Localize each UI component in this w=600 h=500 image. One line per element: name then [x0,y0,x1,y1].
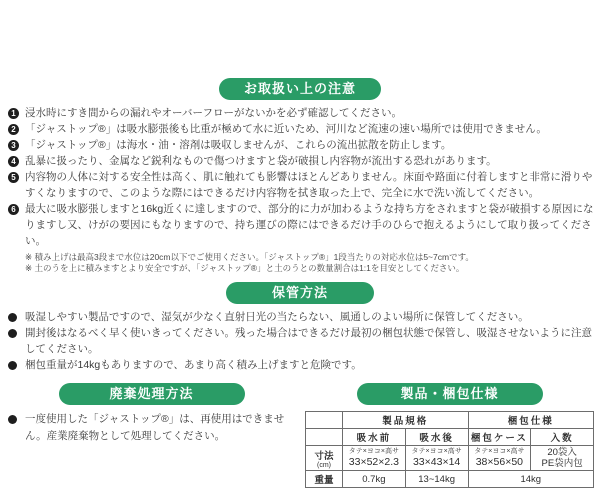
handling-item-text: 浸水時にすき間からの漏れやオーバーフローがないかを必ず確認してください。 [25,105,594,121]
list-item: 4 乱暴に扱ったり、金属など鋭利なもので傷つけますと袋が破損し内容物が流出する恐… [8,153,594,169]
col-header-case: 梱包ケース [468,429,531,446]
section-handling: お取扱い上の注意 1 浸水時にすき間からの漏れやオーバーフローがないかを必ず確認… [0,0,600,274]
list-item: 一度使用した「ジャストップ®」は、再使用はできません。産業廃棄物として処理してく… [8,411,295,445]
group-header-product: 製品規格 [343,412,469,429]
dim-after-value: 33×43×14 [406,456,468,468]
handling-item-text: 「ジャストップ®」は吸水膨張後も比重が極めて水に近いため、河川など流速の速い場所… [25,121,594,137]
handling-item-text: 最大に吸水膨張しますと16kg近くに達しますので、部分的に力が加わるような持ち方… [25,201,594,249]
numbered-bullet-icon: 5 [8,172,19,183]
spec-section-title: 製品・梱包仕様 [357,383,543,405]
handling-item-text: 「ジャストップ®」は海水・油・溶剤は吸収しませんが、これらの流出拡散を防止します… [25,137,594,153]
dim-unit: (cm) [306,462,342,469]
document-page: お取扱い上の注意 1 浸水時にすき間からの漏れやオーバーフローがないかを必ず確認… [0,0,600,500]
qty-line2: PE袋内包 [531,458,593,469]
numbered-bullet-icon: 1 [8,108,19,119]
numbered-bullet-icon: 4 [8,156,19,167]
disposal-section-title: 廃棄処理方法 [59,383,245,405]
list-item: 梱包重量が14kgもありますので、あまり高く積み上げますと危険です。 [8,357,600,373]
section-disposal: 廃棄処理方法 一度使用した「ジャストップ®」は、再使用はできません。産業廃棄物と… [0,383,305,488]
list-item: 5 内容物の人体に対する安全性は高く、肌に触れても影響はほとんどありません。床面… [8,169,594,201]
section-spec: 製品・梱包仕様 製品規格 梱包仕様 吸水前 吸水後 梱包ケース 入数 寸法 [305,383,600,488]
storage-list: 吸湿しやすい製品ですので、湿気が少なく直射日光の当たらない、風通しのよい場所に保… [0,309,600,373]
table-row: 製品規格 梱包仕様 [306,412,594,429]
list-item: 1 浸水時にすき間からの漏れやオーバーフローがないかを必ず確認してください。 [8,105,594,121]
group-header-packing: 梱包仕様 [468,412,594,429]
bullet-dot-icon [8,313,17,322]
list-item: 3 「ジャストップ®」は海水・油・溶剤は吸収しませんが、これらの流出拡散を防止し… [8,137,594,153]
storage-item-text: 吸湿しやすい製品ですので、湿気が少なく直射日光の当たらない、風通しのよい場所に保… [25,309,600,325]
numbered-bullet-icon: 3 [8,140,19,151]
dim-after-cell: タテ×ヨコ×高サ 33×43×14 [405,446,468,471]
qty-line1: 20袋入 [531,447,593,458]
list-item: 吸湿しやすい製品ですので、湿気が少なく直射日光の当たらない、風通しのよい場所に保… [8,309,600,325]
dim-case-cell: タテ×ヨコ×高サ 38×56×50 [468,446,531,471]
spec-corner-cell [306,429,343,446]
dim-case-value: 38×56×50 [469,456,531,468]
storage-item-text: 開封後はなるべく早く使いきってください。残った場合はできるだけ最初の梱包状態で保… [25,325,600,357]
storage-section-title: 保管方法 [226,282,374,304]
numbered-bullet-icon: 6 [8,204,19,215]
row-label-weight: 重量 [306,471,343,488]
handling-notes: ※ 積み上げは最高3段まで水位は20cm以下でご使用ください。「ジャストップ®」… [25,252,600,274]
table-row: 寸法 (cm) タテ×ヨコ×高サ 33×52×2.3 タテ×ヨコ×高サ 33×4… [306,446,594,471]
col-header-before: 吸水前 [343,429,406,446]
dim-before-value: 33×52×2.3 [343,456,405,468]
list-item: 2 「ジャストップ®」は吸水膨張後も比重が極めて水に近いため、河川など流速の速い… [8,121,594,137]
qty-cell: 20袋入 PE袋内包 [531,446,594,471]
handling-item-text: 乱暴に扱ったり、金属など鋭利なもので傷つけますと袋が破損し内容物が流出する恐れが… [25,153,594,169]
storage-item-text: 梱包重量が14kgもありますので、あまり高く積み上げますと危険です。 [25,357,600,373]
bullet-dot-icon [8,329,17,338]
disposal-item-text: 一度使用した「ジャストップ®」は、再使用はできません。産業廃棄物として処理してく… [25,411,295,445]
handling-section-title: お取扱い上の注意 [219,78,381,100]
note-line: ※ 積み上げは最高3段まで水位は20cm以下でご使用ください。「ジャストップ®」… [25,252,600,263]
table-row: 重量 0.7kg 13~14kg 14kg [306,471,594,488]
section-storage: 保管方法 吸湿しやすい製品ですので、湿気が少なく直射日光の当たらない、風通しのよ… [0,282,600,373]
col-header-after: 吸水後 [405,429,468,446]
dim-before-cell: タテ×ヨコ×高サ 33×52×2.3 [343,446,406,471]
dim-axes-label: タテ×ヨコ×高サ [469,448,531,456]
weight-case-value: 14kg [468,471,594,488]
dim-axes-label: タテ×ヨコ×高サ [406,448,468,456]
dim-label: 寸法 [314,451,333,462]
handling-item-text: 内容物の人体に対する安全性は高く、肌に触れても影響はほとんどありません。床面や路… [25,169,594,201]
handling-list: 1 浸水時にすき間からの漏れやオーバーフローがないかを必ず確認してください。 2… [0,105,600,249]
bottom-columns: 廃棄処理方法 一度使用した「ジャストップ®」は、再使用はできません。産業廃棄物と… [0,383,600,488]
dim-axes-label: タテ×ヨコ×高サ [343,448,405,456]
list-item: 6 最大に吸水膨張しますと16kg近くに達しますので、部分的に力が加わるような持… [8,201,594,249]
spec-table: 製品規格 梱包仕様 吸水前 吸水後 梱包ケース 入数 寸法 (cm) [305,411,594,488]
list-item: 開封後はなるべく早く使いきってください。残った場合はできるだけ最初の梱包状態で保… [8,325,600,357]
bullet-dot-icon [8,361,17,370]
numbered-bullet-icon: 2 [8,124,19,135]
note-line: ※ 土のうを上に積みますとより安全ですが、「ジャストップ®」と土のうとの数量割合… [25,263,600,274]
spec-corner-cell [306,412,343,429]
table-row: 吸水前 吸水後 梱包ケース 入数 [306,429,594,446]
col-header-qty: 入数 [531,429,594,446]
weight-after-value: 13~14kg [405,471,468,488]
row-label-dimensions: 寸法 (cm) [306,446,343,471]
weight-before-value: 0.7kg [343,471,406,488]
bullet-dot-icon [8,415,17,424]
